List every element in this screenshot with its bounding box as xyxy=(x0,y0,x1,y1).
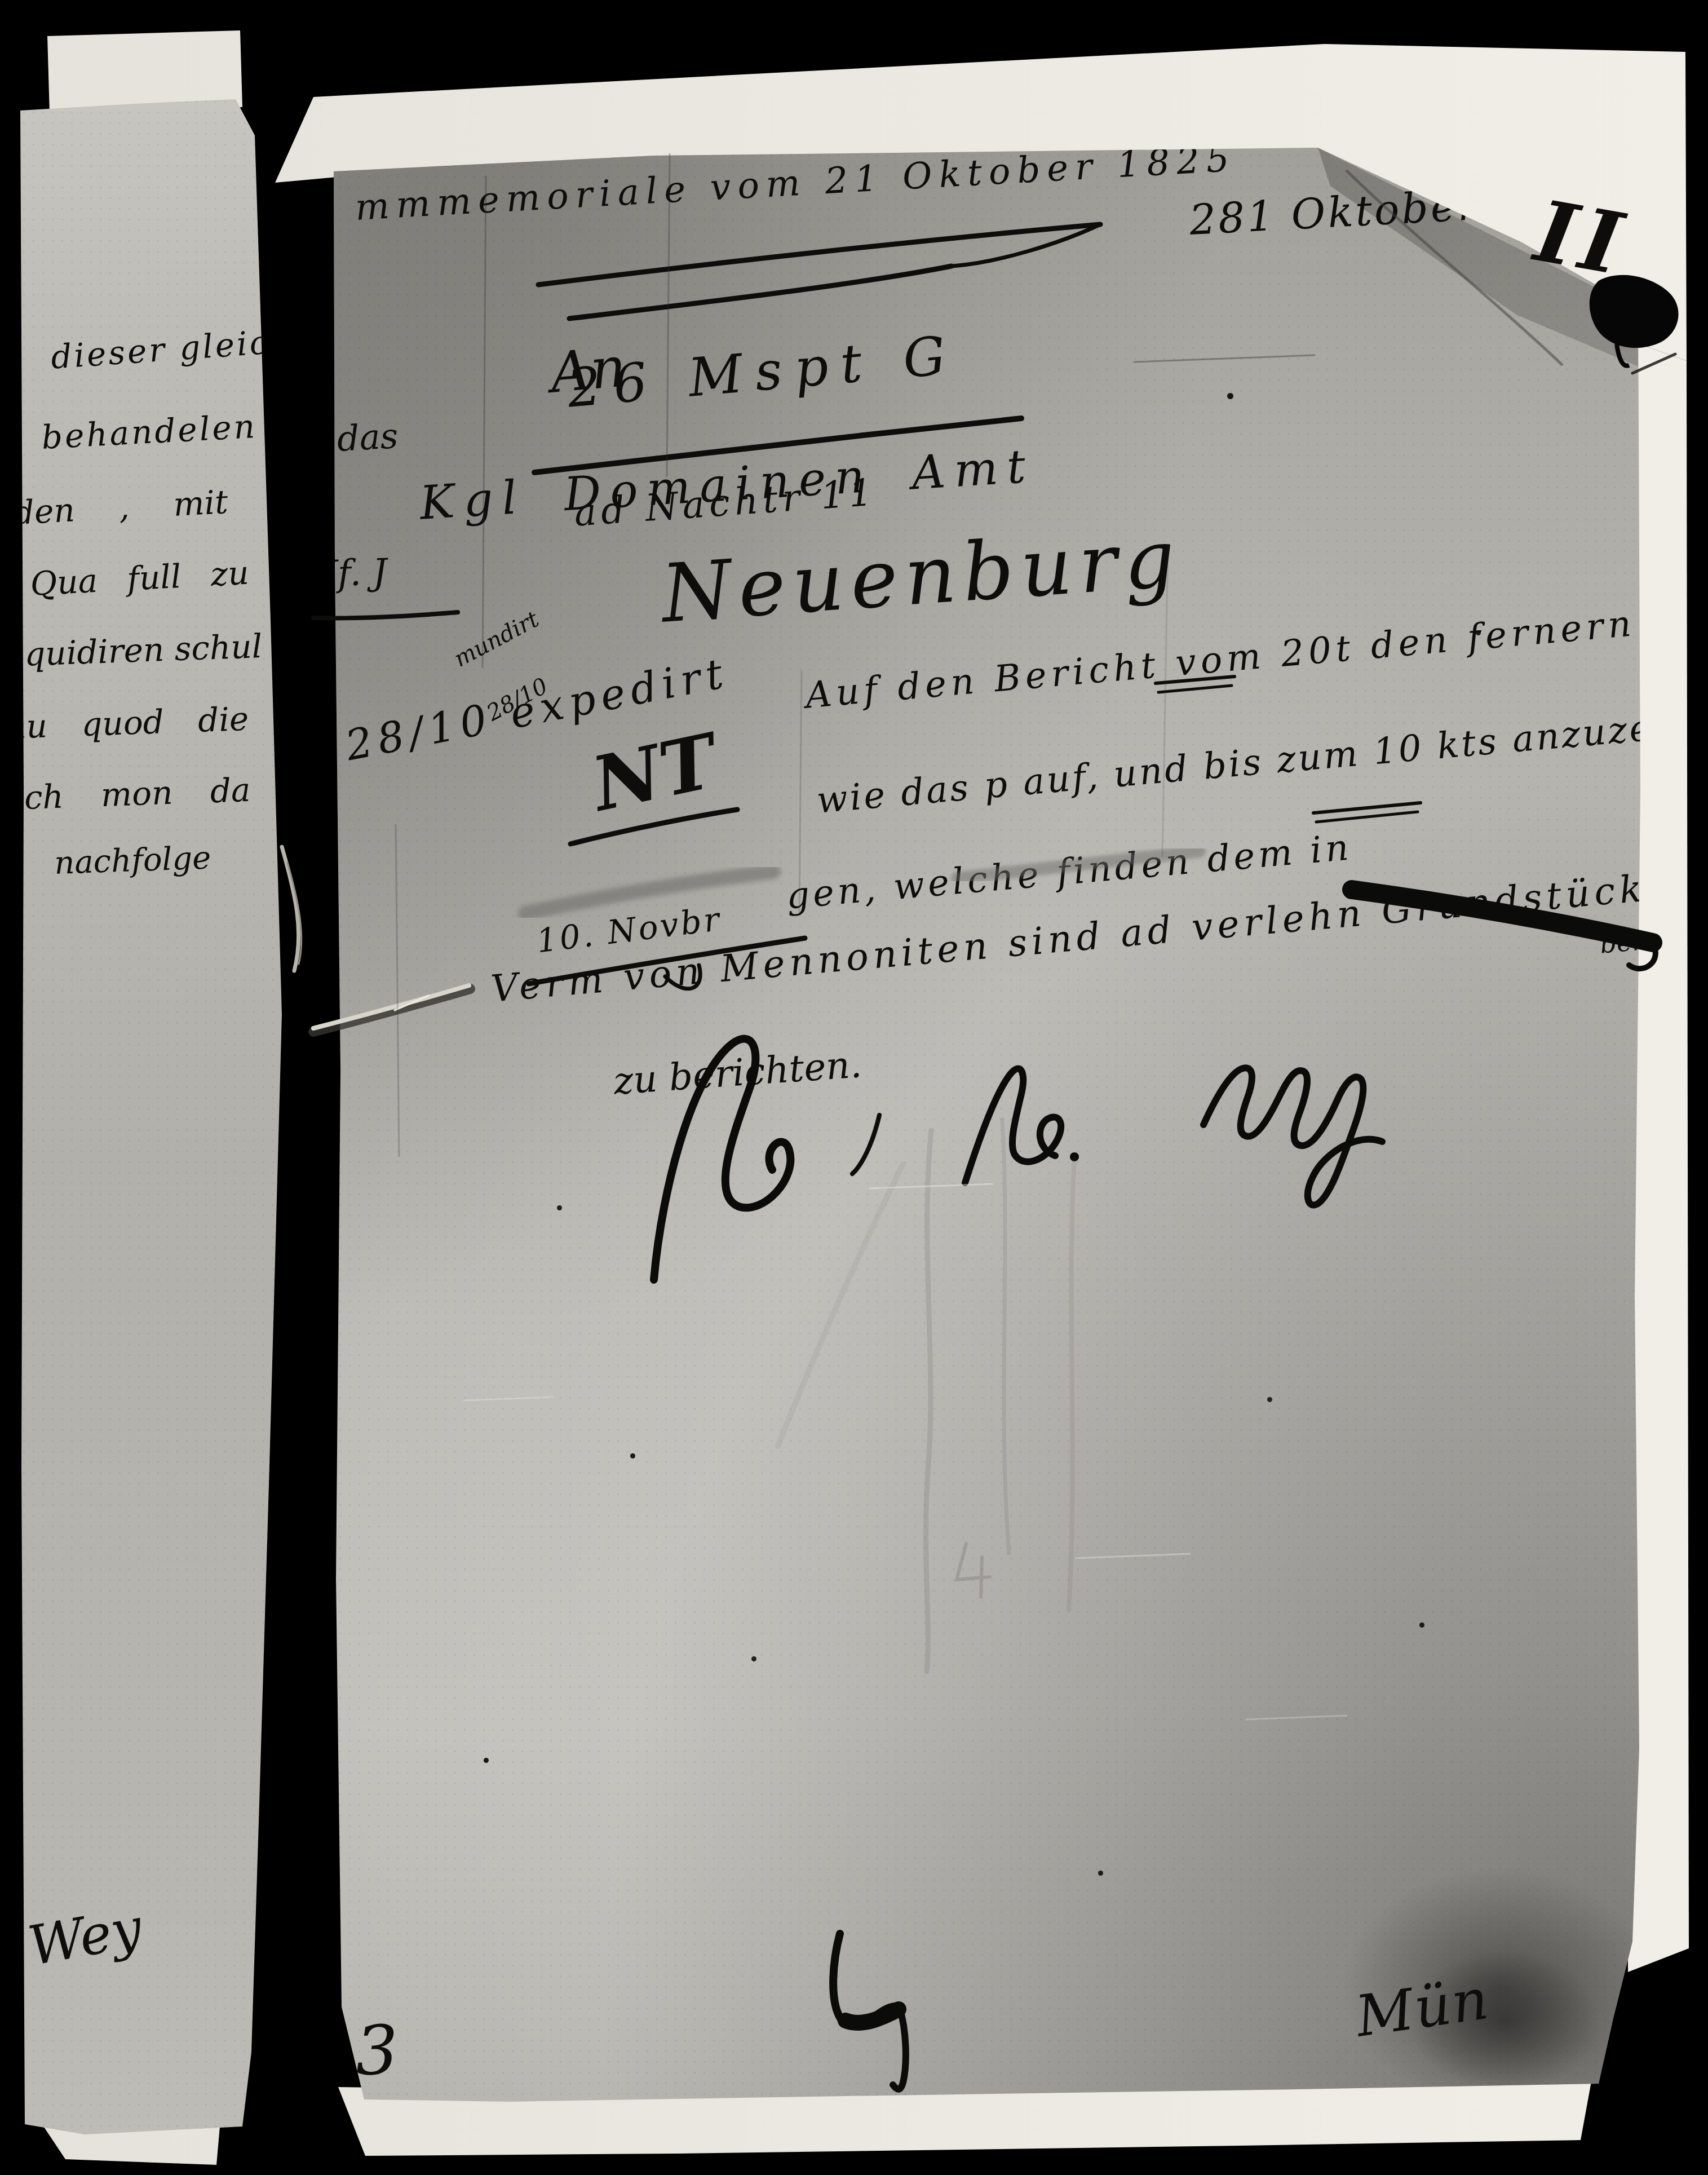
page-number: 3 xyxy=(354,2011,400,2091)
left-page-bottom-scrawl: Wey xyxy=(24,1896,147,1978)
left-page-line: den , mit xyxy=(12,483,229,532)
address-das: das xyxy=(336,415,399,459)
mundirt-note: mundirt xyxy=(450,606,543,672)
clerk-initials: Jf. J xyxy=(322,551,388,595)
left-page-line: Qua full zu xyxy=(29,554,250,603)
body-line: zu berichten. xyxy=(612,1042,863,1103)
body-line: wie das p auf, und bis zum 10 kts anzuze… xyxy=(815,706,1668,822)
left-page-line: dieser gleich xyxy=(50,321,294,377)
address-an: An xyxy=(548,335,629,405)
corner-roman-numeral: II xyxy=(1528,182,1634,295)
ink-specks xyxy=(0,0,3,3)
nt-mark: NT xyxy=(585,717,724,828)
archival-scan: dieser gleich behandelen den , mit Qua f… xyxy=(0,0,1708,2175)
left-page-line: a nachfolge xyxy=(6,839,211,883)
left-page-line: liquidiren schul xyxy=(3,627,263,674)
left-page-line: sch mon da xyxy=(7,771,251,817)
address-place: Neuenburg xyxy=(658,512,1185,641)
left-page-line: behandelen xyxy=(41,407,258,457)
left-page-line: nu quod die xyxy=(5,700,249,746)
